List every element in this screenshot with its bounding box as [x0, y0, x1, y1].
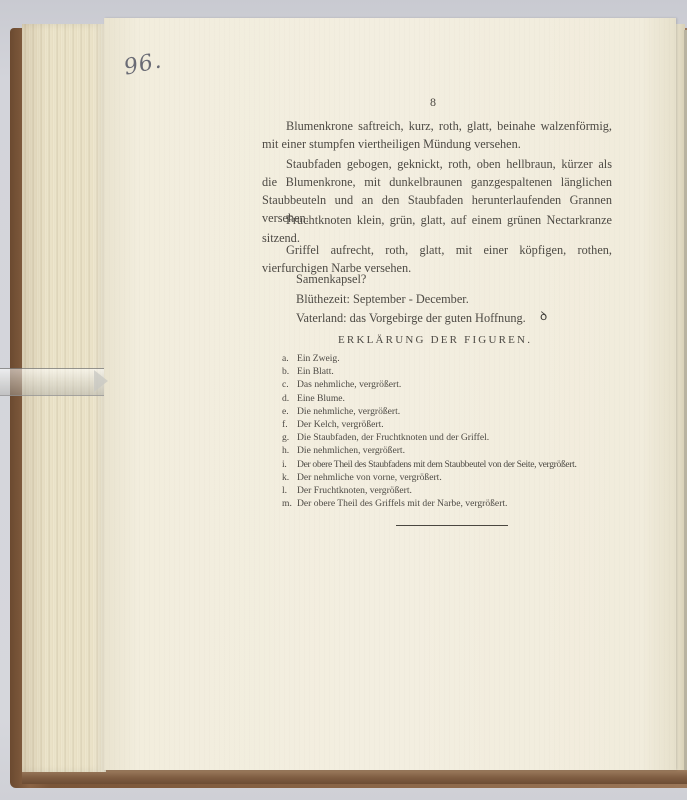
bluethezeit-line: Blüthezeit: September - December.	[296, 292, 469, 307]
legend-item: a.Ein Zweig.	[282, 352, 622, 365]
paragraph-blumenkrone: Blumenkrone saftreich, kurz, roth, glatt…	[262, 117, 612, 153]
legend-item: b.Ein Blatt.	[282, 365, 622, 378]
printed-page-number: 8	[430, 95, 436, 110]
legend-text: Ein Zweig.	[297, 352, 340, 365]
closing-rule	[396, 525, 508, 526]
legend-item: g.Die Staubfaden, der Fruchtknoten und d…	[282, 431, 622, 444]
page-weight-tip	[94, 370, 108, 392]
legend-key: h.	[282, 444, 297, 457]
legend-text: Die nehmlichen, vergrößert.	[297, 444, 405, 457]
legend-item: e.Die nehmliche, vergrößert.	[282, 405, 622, 418]
legend-text: Der obere Theil des Staubfadens mit dem …	[297, 458, 577, 471]
legend-item: m.Der obere Theil des Griffels mit der N…	[282, 497, 622, 510]
legend-text: Der Fruchtknoten, vergrößert.	[297, 484, 412, 497]
legend-item: f.Der Kelch, vergrößert.	[282, 418, 622, 431]
legend-key: k.	[282, 471, 297, 484]
footnote-mark: ꝺ	[540, 307, 547, 324]
legend-text: Eine Blume.	[297, 392, 345, 405]
legend-key: i.	[282, 458, 297, 471]
legend-key: b.	[282, 365, 297, 378]
legend-text: Die Staubfaden, der Fruchtknoten und der…	[297, 431, 489, 444]
page-weight-rod	[0, 368, 104, 396]
figures-legend: a.Ein Zweig. b.Ein Blatt. c.Das nehmlich…	[282, 352, 622, 510]
figures-heading: ERKLÄRUNG DER FIGUREN.	[338, 334, 532, 346]
legend-key: m.	[282, 497, 297, 510]
legend-key: f.	[282, 418, 297, 431]
legend-item: i.Der obere Theil des Staubfadens mit de…	[282, 458, 622, 471]
legend-item: h.Die nehmlichen, vergrößert.	[282, 444, 622, 457]
legend-text: Der nehmliche von vorne, vergrößert.	[297, 471, 442, 484]
legend-key: c.	[282, 378, 297, 391]
legend-item: c.Das nehmliche, vergrößert.	[282, 378, 622, 391]
samenkapsel-line: Samenkapsel?	[296, 272, 366, 287]
legend-item: l.Der Fruchtknoten, vergrößert.	[282, 484, 622, 497]
legend-text: Ein Blatt.	[297, 365, 334, 378]
legend-text: Der obere Theil des Griffels mit der Nar…	[297, 497, 507, 510]
legend-key: l.	[282, 484, 297, 497]
vaterland-line: Vaterland: das Vorgebirge der guten Hoff…	[296, 311, 526, 326]
legend-item: k.Der nehmliche von vorne, vergrößert.	[282, 471, 622, 484]
cover-bottom-edge	[22, 768, 687, 784]
legend-text: Die nehmliche, vergrößert.	[297, 405, 400, 418]
legend-text: Das nehmliche, vergrößert.	[297, 378, 401, 391]
legend-key: e.	[282, 405, 297, 418]
legend-key: a.	[282, 352, 297, 365]
legend-key: d.	[282, 392, 297, 405]
legend-key: g.	[282, 431, 297, 444]
legend-item: d.Eine Blume.	[282, 392, 622, 405]
legend-text: Der Kelch, vergrößert.	[297, 418, 384, 431]
page-stack-edge	[22, 24, 106, 772]
